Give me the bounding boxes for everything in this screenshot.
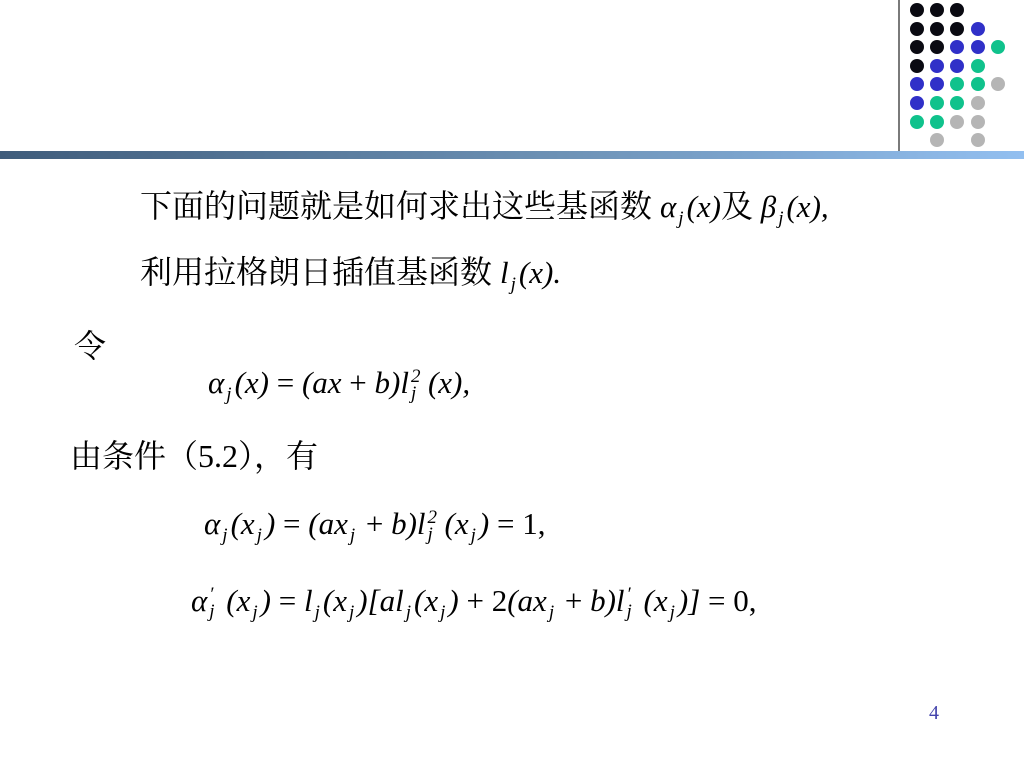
paragraph-line-2: 利用拉格朗日插值基函数 lj(x).	[140, 254, 561, 296]
decor-dot	[910, 96, 924, 110]
math-token: 下面的问题就是如何求出这些基函数	[140, 188, 660, 224]
decor-dot	[971, 40, 985, 54]
decor-dot	[971, 115, 985, 129]
math-token: α	[204, 506, 220, 541]
decor-dot	[950, 59, 964, 73]
math-token: j	[350, 525, 355, 546]
formula-alpha-value-condition: αj(xj) = (axj + b)l2j(xj) = 1,	[204, 506, 545, 547]
corner-vertical-line	[898, 0, 900, 151]
dot-spacer	[971, 3, 985, 17]
math-token: l	[500, 255, 509, 290]
page-number: 4	[929, 702, 939, 725]
math-token: b)l	[590, 583, 624, 618]
math-token: j	[549, 602, 554, 623]
math-token: (x),	[428, 365, 470, 400]
dot-spacer	[910, 133, 924, 147]
math-token: j	[678, 208, 683, 229]
math-token: 及	[721, 188, 753, 224]
math-token: j	[349, 602, 354, 623]
decor-dot	[910, 22, 924, 36]
math-token: )	[479, 506, 489, 541]
math-token: (x)	[687, 189, 721, 224]
decor-dot	[950, 115, 964, 129]
decor-dot	[950, 96, 964, 110]
math-token: (x	[414, 583, 438, 618]
dot-spacer	[991, 22, 1005, 36]
math-token: )	[448, 583, 458, 618]
dot-spacer	[991, 96, 1005, 110]
math-token: j	[440, 602, 445, 623]
math-token: β	[753, 189, 776, 224]
dot-spacer	[991, 115, 1005, 129]
math-token: (ax	[507, 583, 547, 618]
math-token: + 2	[459, 583, 507, 618]
decor-dot	[930, 59, 944, 73]
condition-label: 由条件（5.2），有	[70, 438, 318, 475]
decor-dot	[971, 77, 985, 91]
math-token: =	[269, 365, 302, 400]
slide: 下面的问题就是如何求出这些基函数 αj(x)及 βj(x), 利用拉格朗日插值基…	[0, 0, 1024, 768]
math-token: j	[511, 274, 516, 295]
math-token: (x	[323, 583, 347, 618]
math-subsup-stack: ′j	[626, 587, 642, 611]
paragraph-line-1: 下面的问题就是如何求出这些基函数 αj(x)及 βj(x),	[140, 188, 829, 230]
decor-dot	[910, 40, 924, 54]
math-token: α	[191, 583, 207, 618]
math-token: j	[406, 602, 411, 623]
math-subsup-stack: 2j	[410, 369, 426, 393]
math-token: )	[265, 506, 275, 541]
math-token: j	[222, 525, 227, 546]
math-token: = 1,	[489, 506, 545, 541]
math-token: b)l	[375, 365, 409, 400]
math-token: l	[304, 583, 313, 618]
corner-dot-pattern	[907, 1, 1008, 150]
math-token: (ax	[308, 506, 348, 541]
decor-dot	[930, 77, 944, 91]
dot-spacer	[950, 133, 964, 147]
decor-dot	[910, 59, 924, 73]
math-token: j	[252, 602, 257, 623]
decor-dot	[910, 3, 924, 17]
formula-alpha-derivative-condition: α′j(xj) = lj(xj)[alj(xj) + 2(axj + b)l′j…	[191, 583, 757, 624]
math-token: +	[358, 506, 391, 541]
math-token: 利用拉格朗日插值基函数	[140, 254, 500, 290]
math-token: (x	[231, 506, 255, 541]
math-token: (x	[445, 506, 469, 541]
decor-dot	[991, 40, 1005, 54]
math-token: )[	[357, 583, 379, 618]
math-token: =	[275, 506, 308, 541]
decor-dot	[950, 22, 964, 36]
math-subsup-stack: ′j	[208, 587, 224, 611]
math-token: (ax	[302, 365, 342, 400]
math-token: =	[271, 583, 304, 618]
math-token: (x)	[235, 365, 269, 400]
decor-dot	[930, 3, 944, 17]
gradient-divider-bar	[0, 151, 1024, 159]
dot-spacer	[991, 59, 1005, 73]
decor-dot	[930, 40, 944, 54]
math-token: al	[380, 583, 404, 618]
decor-dot	[971, 59, 985, 73]
math-token: j	[315, 602, 320, 623]
decor-dot	[950, 40, 964, 54]
math-token: (x).	[519, 255, 561, 290]
ling-label: 令	[74, 328, 106, 365]
math-token: b)l	[391, 506, 425, 541]
decor-dot	[930, 115, 944, 129]
dot-spacer	[991, 133, 1005, 147]
math-token: (x),	[786, 189, 828, 224]
math-token: α	[660, 189, 676, 224]
math-token: +	[342, 365, 375, 400]
decor-dot	[971, 96, 985, 110]
decor-dot	[930, 96, 944, 110]
decor-dot	[930, 133, 944, 147]
decor-dot	[950, 3, 964, 17]
decor-dot	[971, 22, 985, 36]
decor-dot	[991, 77, 1005, 91]
formula-alpha-definition: αj(x) = (ax + b)l2j(x),	[208, 365, 470, 406]
math-token: )	[261, 583, 271, 618]
math-token: j	[471, 525, 476, 546]
math-subsup-stack: 2j	[427, 510, 443, 534]
math-token: α	[208, 365, 224, 400]
math-token: (x	[226, 583, 250, 618]
math-token: +	[557, 583, 590, 618]
decor-dot	[910, 115, 924, 129]
math-token: j	[226, 384, 231, 405]
math-token: )]	[678, 583, 700, 618]
decor-dot	[910, 77, 924, 91]
math-token: j	[257, 525, 262, 546]
math-token: j	[778, 208, 783, 229]
decor-dot	[971, 133, 985, 147]
dot-spacer	[991, 3, 1005, 17]
decor-dot	[950, 77, 964, 91]
math-token: (x	[644, 583, 668, 618]
math-token: = 0,	[700, 583, 756, 618]
math-token: j	[670, 602, 675, 623]
decor-dot	[930, 22, 944, 36]
